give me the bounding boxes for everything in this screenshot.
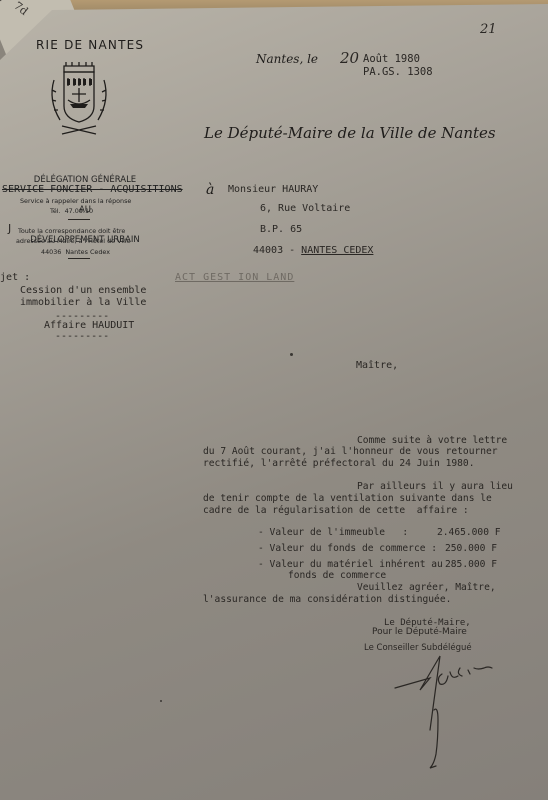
recipient-postcode-city: 44003 - NANTES CEDEX: [253, 245, 373, 256]
paragraph-line: rectifié, l'arrêté préfectoral du 24 Jui…: [203, 458, 474, 469]
dateline-month-year: Août 1980: [363, 53, 420, 65]
letter-page: 21 RIE DE NANTES Nantes, le 20 Août 1980…: [0, 0, 548, 800]
dateline-place: Nantes, le: [256, 52, 318, 66]
correspondence-line: adressée au Maire, à l'Hôtel de Ville: [16, 237, 131, 245]
page-number-mark: 21: [480, 22, 497, 37]
paper-speck: [290, 353, 293, 356]
recipient-address-line: B.P. 65: [260, 224, 302, 235]
letterhead-city: RIE DE NANTES: [36, 38, 144, 52]
service-name: SERVICE FONCIER - ACQUISITIONS: [2, 184, 183, 195]
subject-label: Objet :: [0, 272, 30, 283]
coat-of-arms-icon: [44, 60, 114, 138]
reference-number: PA.GS. 1308: [363, 66, 433, 78]
recipient-name: Monsieur HAURAY: [228, 184, 318, 195]
salutation: Maître,: [356, 360, 398, 371]
service-note: Service à rappeler dans la réponse: [20, 197, 131, 205]
dateline-day: 20: [340, 49, 359, 67]
divider: [68, 258, 90, 259]
valuation-item-label-cont: fonds de commerce: [288, 570, 386, 581]
correspondence-mark: J: [8, 222, 11, 235]
underlying-sheet-text: SE: [0, 0, 5, 7]
letterhead-script-title: Le Député-Maire de la Ville de Nantes: [204, 124, 496, 142]
subject-line: Cession d'un ensemble: [20, 285, 146, 296]
recipient-prefix: à: [206, 182, 214, 198]
subject-ghost-text: ACT GEST ION LAND: [175, 272, 294, 283]
paper-speck: [160, 700, 162, 702]
correspondence-line: 44036 Nantes Cedex: [41, 248, 110, 256]
valuation-item-value: 250.000 F: [445, 543, 497, 554]
divider: [68, 219, 90, 220]
correspondence-line: Toute la correspondance doit être: [18, 227, 125, 235]
subject-affaire: Affaire HAUDUIT: [44, 320, 134, 331]
paragraph-line: Comme suite à votre lettre: [357, 435, 507, 446]
recipient-city: NANTES CEDEX: [301, 245, 373, 256]
subject-divider: ---------: [55, 331, 109, 342]
stamp-for: Pour le Député-Maire: [372, 627, 467, 637]
valuation-item-value: 285.000 F: [445, 559, 497, 570]
valuation-item-value: 2.465.000 F: [437, 527, 501, 538]
closing-line: Veuillez agréer, Maître,: [357, 582, 496, 593]
valuation-item-label: - Valeur du fonds de commerce :: [258, 543, 437, 554]
recipient-postcode: 44003 -: [253, 245, 301, 256]
handwritten-signature-icon: [390, 650, 520, 780]
paragraph-line: cadre de la régularisation de cette affa…: [203, 505, 469, 516]
paragraph-line: du 7 Août courant, j'ai l'honneur de vou…: [203, 446, 498, 457]
valuation-item-label: - Valeur de l'immeuble :: [258, 527, 408, 538]
paragraph-line: Par ailleurs il y aura lieu: [357, 481, 513, 492]
underlying-sheet-text: 7d: [11, 0, 30, 18]
paragraph-line: de tenir compte de la ventilation suivan…: [203, 493, 492, 504]
recipient-address-line: 6, Rue Voltaire: [260, 203, 350, 214]
valuation-item-label: - Valeur du matériel inhérent au: [258, 559, 443, 570]
telephone: Tél. 47.09.10: [50, 207, 93, 215]
subject-line: immobilier à la Ville: [20, 297, 146, 308]
closing-line: l'assurance de ma considération distingu…: [203, 594, 451, 605]
